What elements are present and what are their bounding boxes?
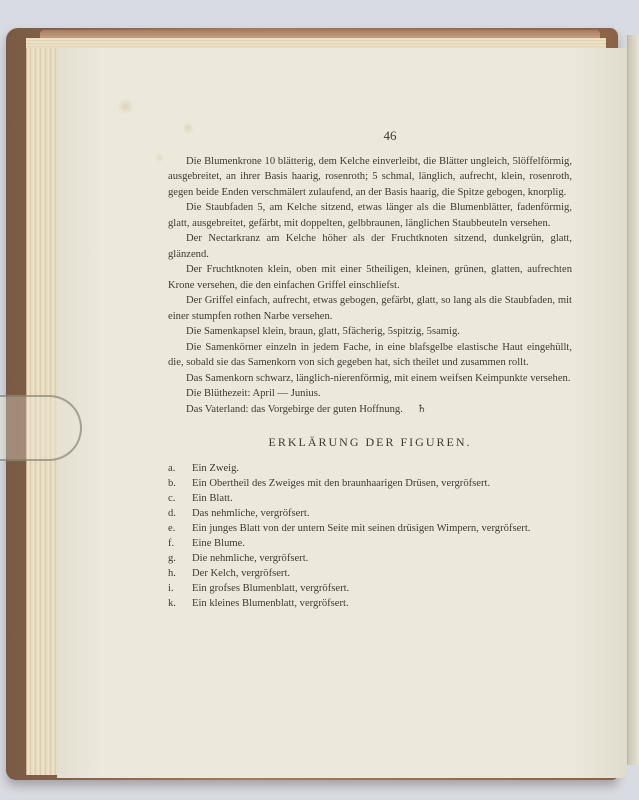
page-number: 46	[168, 128, 572, 144]
figure-text: Eine Blume.	[192, 536, 572, 551]
shrub-symbol-icon: ♄	[417, 404, 427, 415]
figure-item: e.Ein junges Blatt von der untern Seite …	[168, 521, 572, 536]
figure-letter: k.	[168, 596, 192, 611]
figure-letter: a.	[168, 461, 192, 476]
figure-text: Ein junges Blatt von der untern Seite mi…	[192, 521, 572, 536]
figure-item: i.Ein grofses Blumenblatt, vergröfsert.	[168, 581, 572, 596]
figure-letter: c.	[168, 491, 192, 506]
figure-item: f.Eine Blume.	[168, 536, 572, 551]
page-stack-top	[26, 38, 606, 48]
figure-letter: h.	[168, 566, 192, 581]
figure-text: Das nehmliche, vergröfsert.	[192, 506, 572, 521]
vaterland-text: Das Vaterland: das Vorgebirge der guten …	[186, 404, 403, 415]
figure-letter: d.	[168, 506, 192, 521]
paragraph-griffel: Der Griffel einfach, aufrecht, etwas geb…	[168, 293, 572, 324]
figure-item: d.Das nehmliche, vergröfsert.	[168, 506, 572, 521]
facing-page-edge	[627, 35, 639, 765]
figure-letter: e.	[168, 521, 192, 536]
paragraph-staubfaden: Die Staubfaden 5, am Kelche sitzend, etw…	[168, 200, 572, 231]
figure-text: Ein grofses Blumenblatt, vergröfsert.	[192, 581, 572, 596]
figure-text: Ein kleines Blumenblatt, vergröfsert.	[192, 596, 572, 611]
figure-item: a.Ein Zweig.	[168, 461, 572, 476]
paragraph-fruchtknoten: Der Fruchtknoten klein, oben mit einer 5…	[168, 262, 572, 293]
figure-list: a.Ein Zweig. b.Ein Obertheil des Zweiges…	[168, 461, 572, 611]
page-content: 46 Die Blumenkrone 10 blätterig, dem Kel…	[168, 128, 572, 611]
figure-letter: f.	[168, 536, 192, 551]
paragraph-blumenkrone: Die Blumenkrone 10 blätterig, dem Kelche…	[168, 154, 572, 201]
figure-text: Ein Obertheil des Zweiges mit den braunh…	[192, 476, 572, 491]
paragraph-samenkapsel: Die Samenkapsel klein, braun, glatt, 5fä…	[168, 324, 572, 340]
figure-item: g.Die nehmliche, vergröfsert.	[168, 551, 572, 566]
paragraph-bluethezeit: Die Blüthezeit: April — Junius.	[168, 386, 572, 402]
page-clip	[0, 395, 82, 461]
section-title: ERKLÄRUNG DER FIGUREN.	[168, 435, 572, 451]
figure-text: Ein Zweig.	[192, 461, 572, 476]
figure-text: Ein Blatt.	[192, 491, 572, 506]
figure-item: k.Ein kleines Blumenblatt, vergröfsert.	[168, 596, 572, 611]
figure-item: c.Ein Blatt.	[168, 491, 572, 506]
figure-item: b.Ein Obertheil des Zweiges mit den brau…	[168, 476, 572, 491]
figure-text: Die nehmliche, vergröfsert.	[192, 551, 572, 566]
paragraph-vaterland: Das Vaterland: das Vorgebirge der guten …	[168, 402, 572, 418]
figure-item: h.Der Kelch, vergröfsert.	[168, 566, 572, 581]
paragraph-samenkorn: Das Samenkorn schwarz, länglich-nierenfö…	[168, 371, 572, 387]
figure-letter: b.	[168, 476, 192, 491]
paragraph-nectarkranz: Der Nectarkranz am Kelche höher als der …	[168, 231, 572, 262]
paragraph-samenkoerner: Die Samenkörner einzeln in jedem Fache, …	[168, 340, 572, 371]
figure-letter: i.	[168, 581, 192, 596]
figure-text: Der Kelch, vergröfsert.	[192, 566, 572, 581]
figure-letter: g.	[168, 551, 192, 566]
